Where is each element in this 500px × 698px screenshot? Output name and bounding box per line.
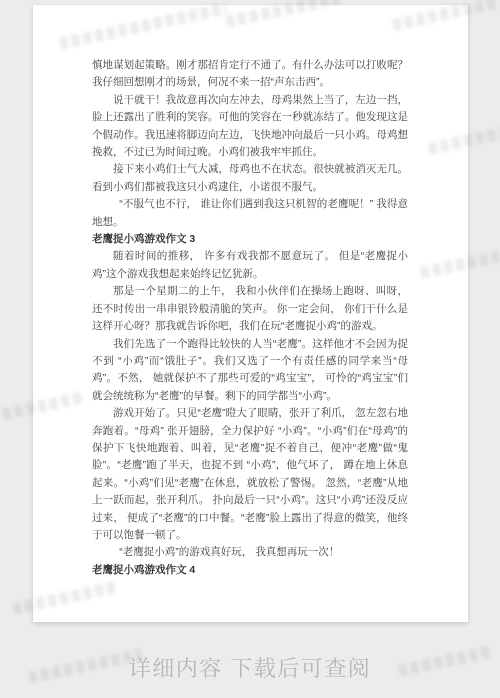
paragraph: 我们先选了一个跑得比较快的人当“老鹰”。这样他才不会因为捉不到 “小鸡”而“饿肚… xyxy=(92,336,408,406)
paragraph: 说干就干！我故意再次向左冲去，母鸡果然上当了，左边一挡，脸上还露出了胜利的笑容。… xyxy=(92,92,408,162)
paragraph-quote: “不服气也不行， 谁让你们遇到我这只机智的老鹰呢！” 我得意地想。 xyxy=(92,196,408,231)
paragraph: 接下来小鸡们士气大减，母鸡也不在状态。很快就被消灭无几。看到小鸡们都被我这只小鸡… xyxy=(92,161,408,196)
footer-caption: 详细内容 下载后可查阅 xyxy=(0,652,500,683)
section-heading-3: 老鹰捉小鸡游戏作文 3 xyxy=(92,231,408,248)
paragraph: 随着时间的推移， 许多有戏我都不愿意玩了。 但是“老鹰捉小鸡”这个游戏我想起来始… xyxy=(92,248,408,283)
document-page: 慎地谋划起策略。刚才那招肯定行不通了。有什么办法可以打败呢？我仔细回想刚才的场景… xyxy=(33,5,468,622)
paragraph-continuation: 慎地谋划起策略。刚才那招肯定行不通了。有什么办法可以打败呢？我仔细回想刚才的场景… xyxy=(92,57,408,92)
preview-background: 慎地谋划起策略。刚才那招肯定行不通了。有什么办法可以打败呢？我仔细回想刚才的场景… xyxy=(0,0,500,698)
paragraph: 游戏开始了。只见“老鹰”瞪大了眼睛，张开了利爪， 忽左忽右地奔跑着。“母鸡” 张… xyxy=(92,405,408,544)
document-text: 慎地谋划起策略。刚才那招肯定行不通了。有什么办法可以打败呢？我仔细回想刚才的场景… xyxy=(92,57,408,579)
paragraph-quote: “老鹰捉小鸡”的游戏真好玩， 我真想再玩一次！ xyxy=(92,544,408,561)
section-heading-4: 老鹰捉小鸡游戏作文 4 xyxy=(92,562,408,579)
paragraph: 那是一个星期二的上午， 我和小伙伴们在操场上跑呀、叫呀，还不时传出一串串银铃般清… xyxy=(92,283,408,335)
